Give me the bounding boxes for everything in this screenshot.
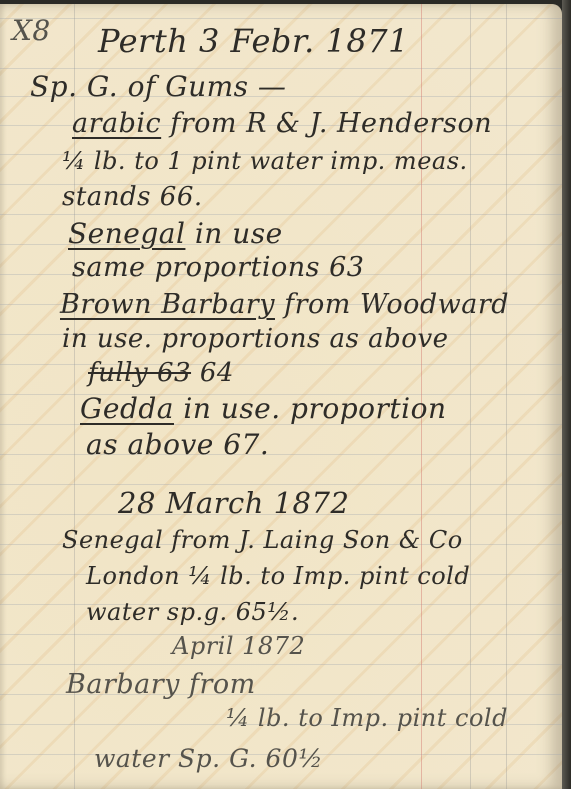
entry-line: water sp.g. 65½. (86, 598, 299, 626)
ruled-line (0, 214, 562, 215)
gum-detail: ¼ lb. to 1 pint water imp. meas. (62, 147, 468, 175)
gum-detail: same proportions 63 (72, 252, 364, 283)
ledger-page: X8 Perth 3 Febr. 1871 Sp. G. of Gums — a… (0, 4, 562, 789)
entry-line: Barbary from (66, 669, 256, 700)
gum-detail: in use. proportions as above (62, 324, 449, 354)
entry-heading: 28 March 1872 (118, 486, 349, 520)
entry-heading: April 1872 (172, 632, 305, 660)
gum-entry: arabic from R & J. Henderson (72, 108, 492, 139)
gum-reading: stands 66. (62, 182, 203, 212)
page-number-mark: X8 (12, 14, 51, 47)
gum-name: Gedda (80, 392, 174, 425)
ruled-line (0, 664, 562, 665)
gum-reading: fully 63 64 (88, 358, 234, 388)
entry-title: Sp. G. of Gums — (30, 70, 286, 103)
ruled-line (0, 454, 562, 455)
book-binding-edge (562, 0, 571, 789)
entry-heading: Perth 3 Febr. 1871 (98, 22, 409, 60)
ruled-line (0, 18, 562, 19)
ruled-line (0, 68, 562, 69)
gum-entry: Brown Barbary from Woodward (60, 289, 509, 320)
gum-entry: Gedda in use. proportion (80, 392, 446, 425)
gum-name: Brown Barbary (60, 289, 275, 320)
column-rule (506, 4, 507, 789)
entry-line: ¼ lb. to Imp. pint cold (226, 704, 508, 732)
entry-line: London ¼ lb. to Imp. pint cold (86, 562, 470, 590)
entry-line: water Sp. G. 60½ (94, 744, 323, 773)
struck-value: fully 63 (88, 358, 191, 388)
ruled-line (0, 364, 562, 365)
gum-name: Senegal (68, 217, 185, 250)
ruled-line (0, 484, 562, 485)
gum-entry: Senegal in use (68, 217, 283, 250)
entry-line: Senegal from J. Laing Son & Co (62, 526, 463, 554)
gum-name: arabic (72, 108, 161, 139)
gum-detail: as above 67. (86, 428, 269, 461)
